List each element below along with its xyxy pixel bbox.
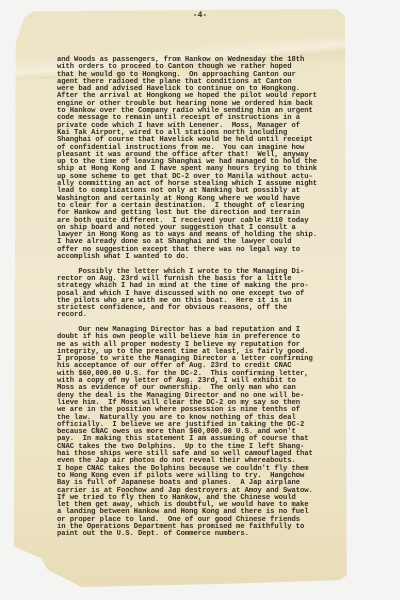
text-line: record. [57,312,347,319]
paragraph-1: and Woods as passengers, from Hankow on … [57,57,347,261]
text-line: strictest confidence, and for obvious re… [57,305,347,312]
letter-body: and Woods as passengers, from Hankow on … [57,57,347,539]
text-line: accomplish what I wanted to do. [57,254,347,261]
paragraph-3: Our new Managing Director has a bad repu… [57,327,347,539]
paragraph-2: Possibly the letter which I wrote to the… [57,269,347,320]
text-line: paint out the U.S. Dept. of Commerce num… [57,531,347,538]
page-number: -4- [180,11,220,20]
